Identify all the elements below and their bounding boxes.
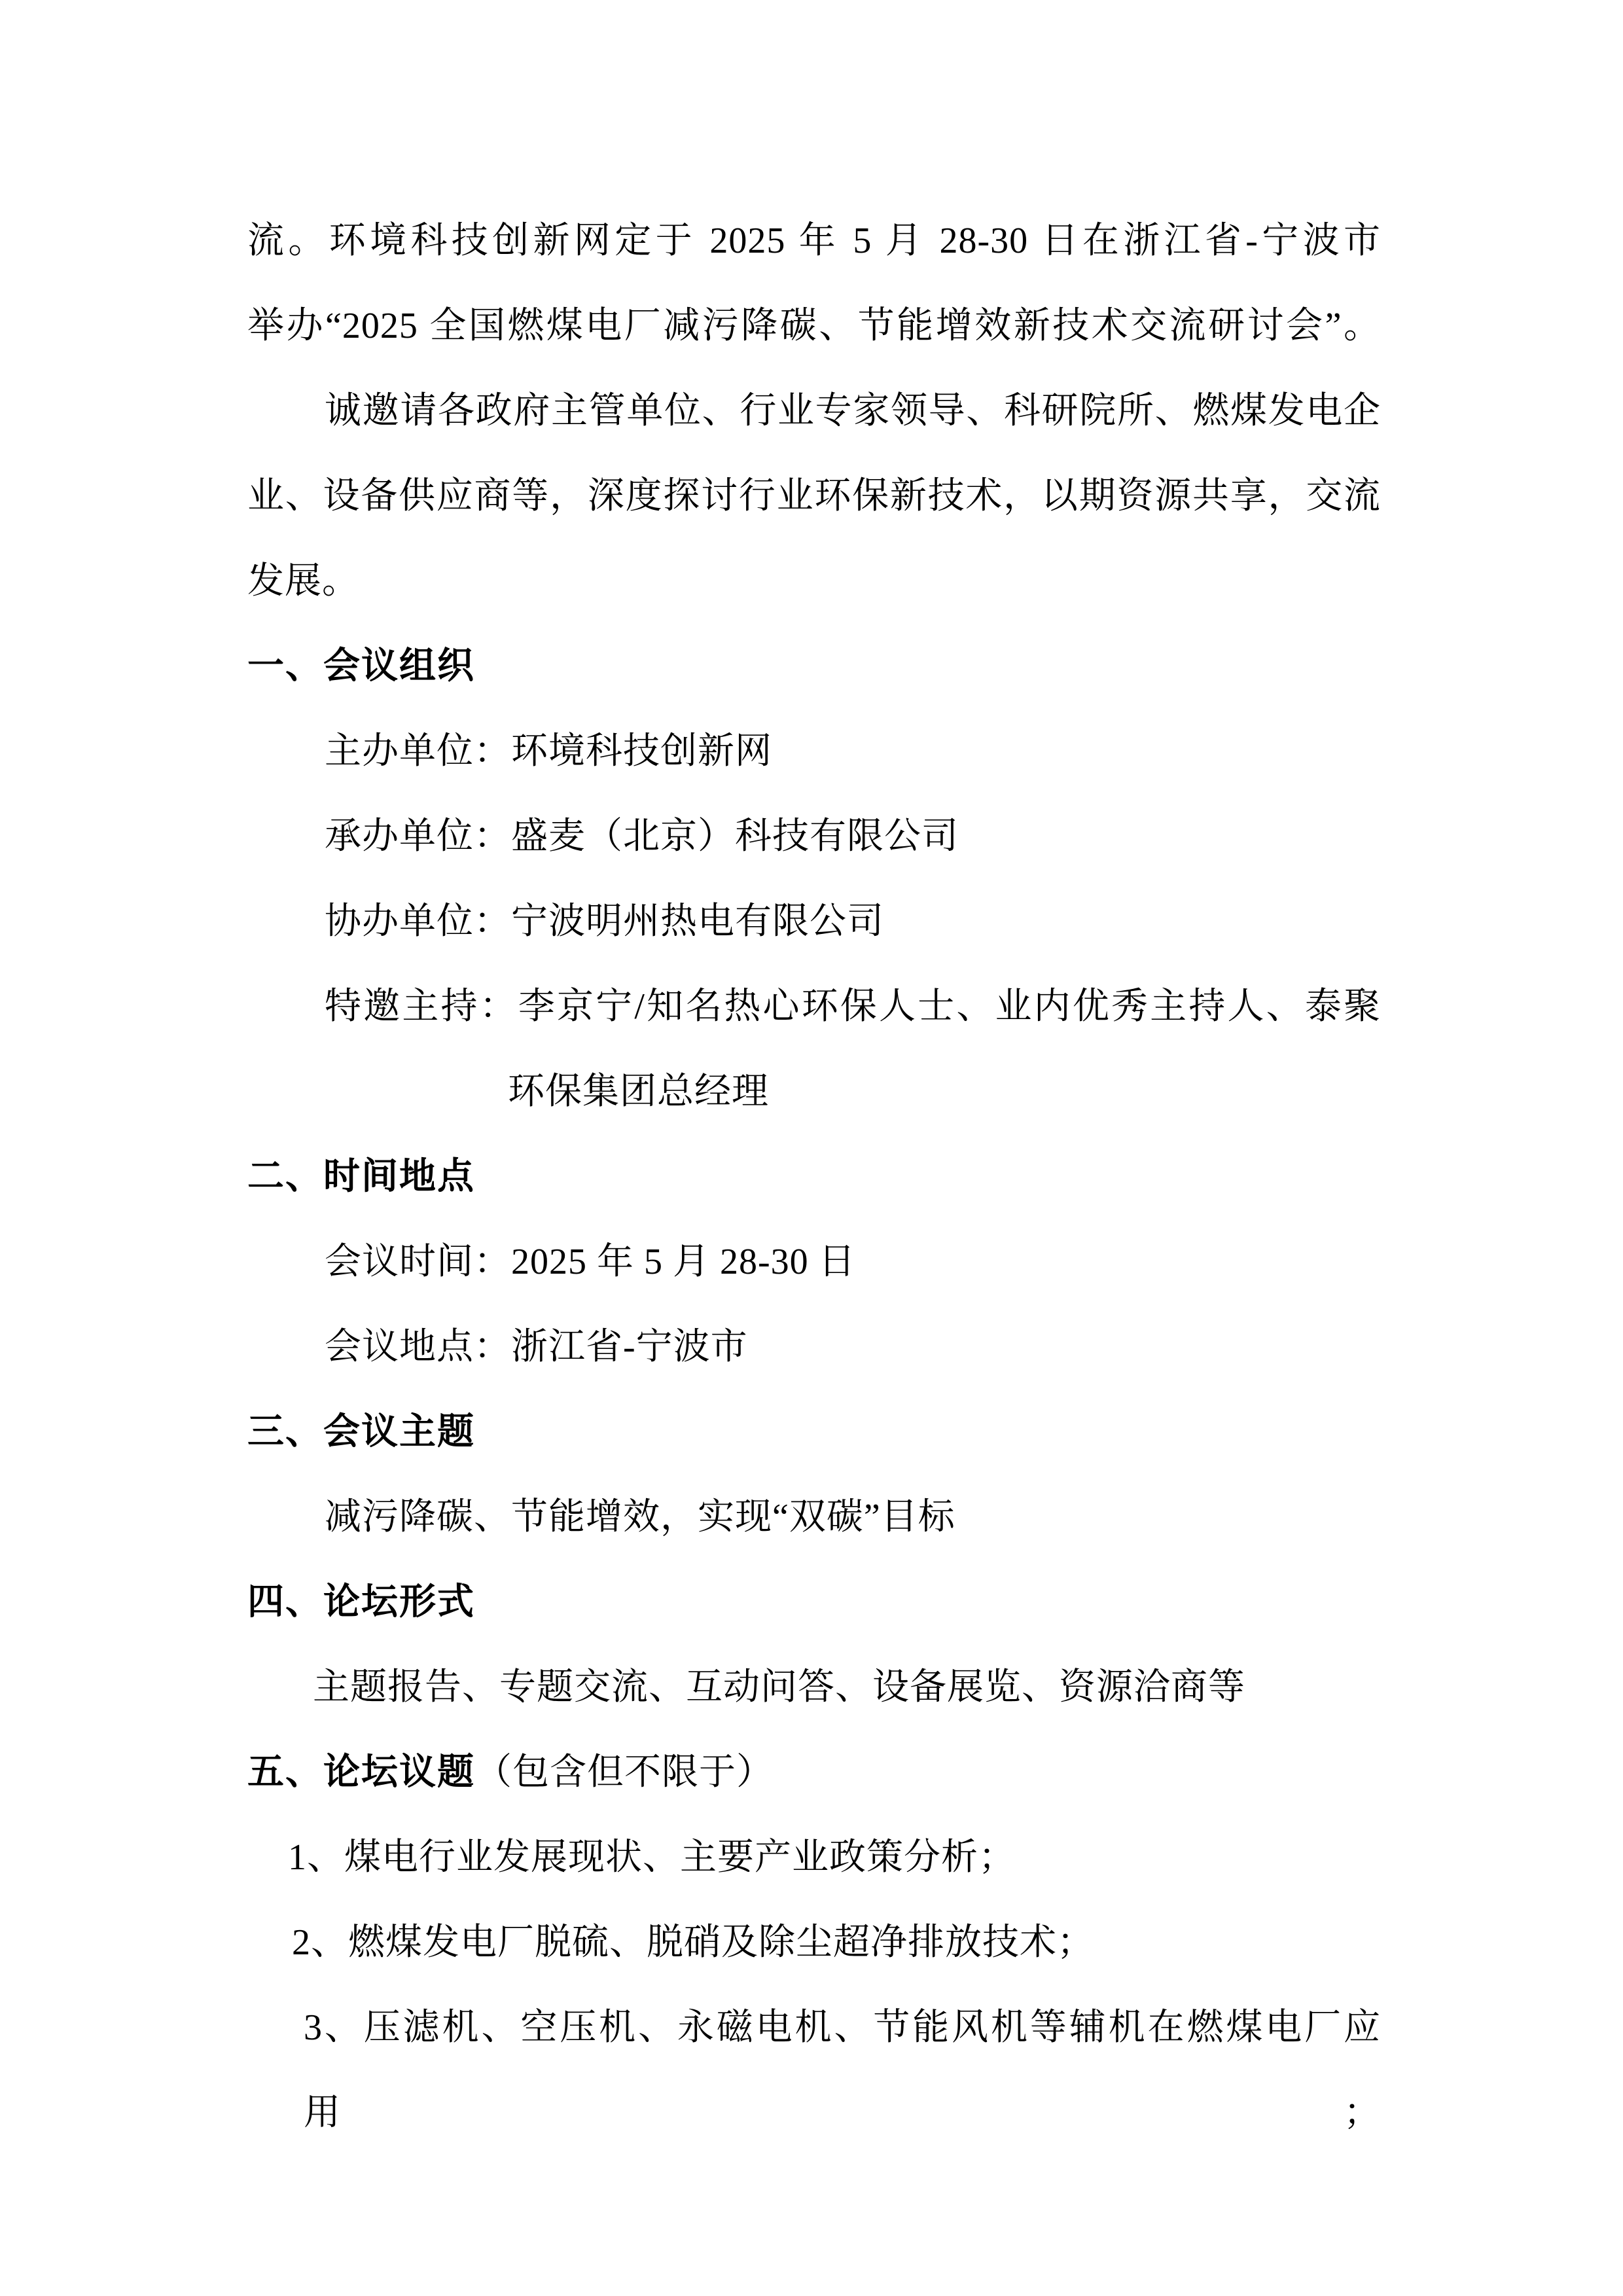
para2-line3: 发展。 [247,539,1381,624]
heading-section5-title: 五、论坛议题 [247,1751,475,1793]
topic-item-2: 2、燃煤发电厂脱硫、脱硝及除尘超净排放技术； [247,1900,1381,1985]
heading-section1-organization: 一、会议组织 [247,624,1381,709]
heading-section5-forum-topics: 五、论坛议题（包含但不限于） [247,1730,1381,1815]
para2-line1: 诚邀请各政府主管单位、行业专家领导、科研院所、燃煤发电企 [247,368,1381,454]
para1-line1: 流。环境科技创新网定于 2025 年 5 月 28-30 日在浙江省-宁波市 [247,198,1381,283]
item-special-host-line1: 特邀主持：李京宁/知名热心环保人士、业内优秀主持人、泰聚 [247,964,1381,1049]
heading-section4-forum-format: 四、论坛形式 [247,1560,1381,1645]
forum-format-text: 主题报告、专题交流、互动问答、设备展览、资源洽商等 [247,1645,1381,1730]
item-special-host-line2: 环保集团总经理 [247,1049,1381,1134]
item-host-unit: 主办单位：环境科技创新网 [247,709,1381,794]
item-organizer-unit: 承办单位：盛麦（北京）科技有限公司 [247,794,1381,879]
heading-section5-note: （包含但不限于） [475,1752,774,1793]
heading-section2-time-location: 二、时间地点 [247,1134,1381,1219]
topic-item-3: 3、压滤机、空压机、永磁电机、节能风机等辅机在燃煤电厂应用； [247,1985,1381,2070]
item-co-organizer-unit: 协办单位：宁波明州热电有限公司 [247,879,1381,964]
topic-item-1: 1、煤电行业发展现状、主要产业政策分析； [247,1815,1381,1900]
theme-text: 减污降碳、节能增效，实现“双碳”目标 [247,1475,1381,1560]
heading-section3-theme: 三、会议主题 [247,1390,1381,1475]
document-page: 流。环境科技创新网定于 2025 年 5 月 28-30 日在浙江省-宁波市 举… [0,0,1623,2296]
para1-line2: 举办“2025 全国燃煤电厂减污降碳、节能增效新技术交流研讨会”。 [247,283,1381,368]
item-meeting-location: 会议地点：浙江省-宁波市 [247,1304,1381,1390]
para2-line2: 业、设备供应商等，深度探讨行业环保新技术，以期资源共享，交流 [247,454,1381,539]
item-meeting-time: 会议时间：2025 年 5 月 28-30 日 [247,1219,1381,1304]
